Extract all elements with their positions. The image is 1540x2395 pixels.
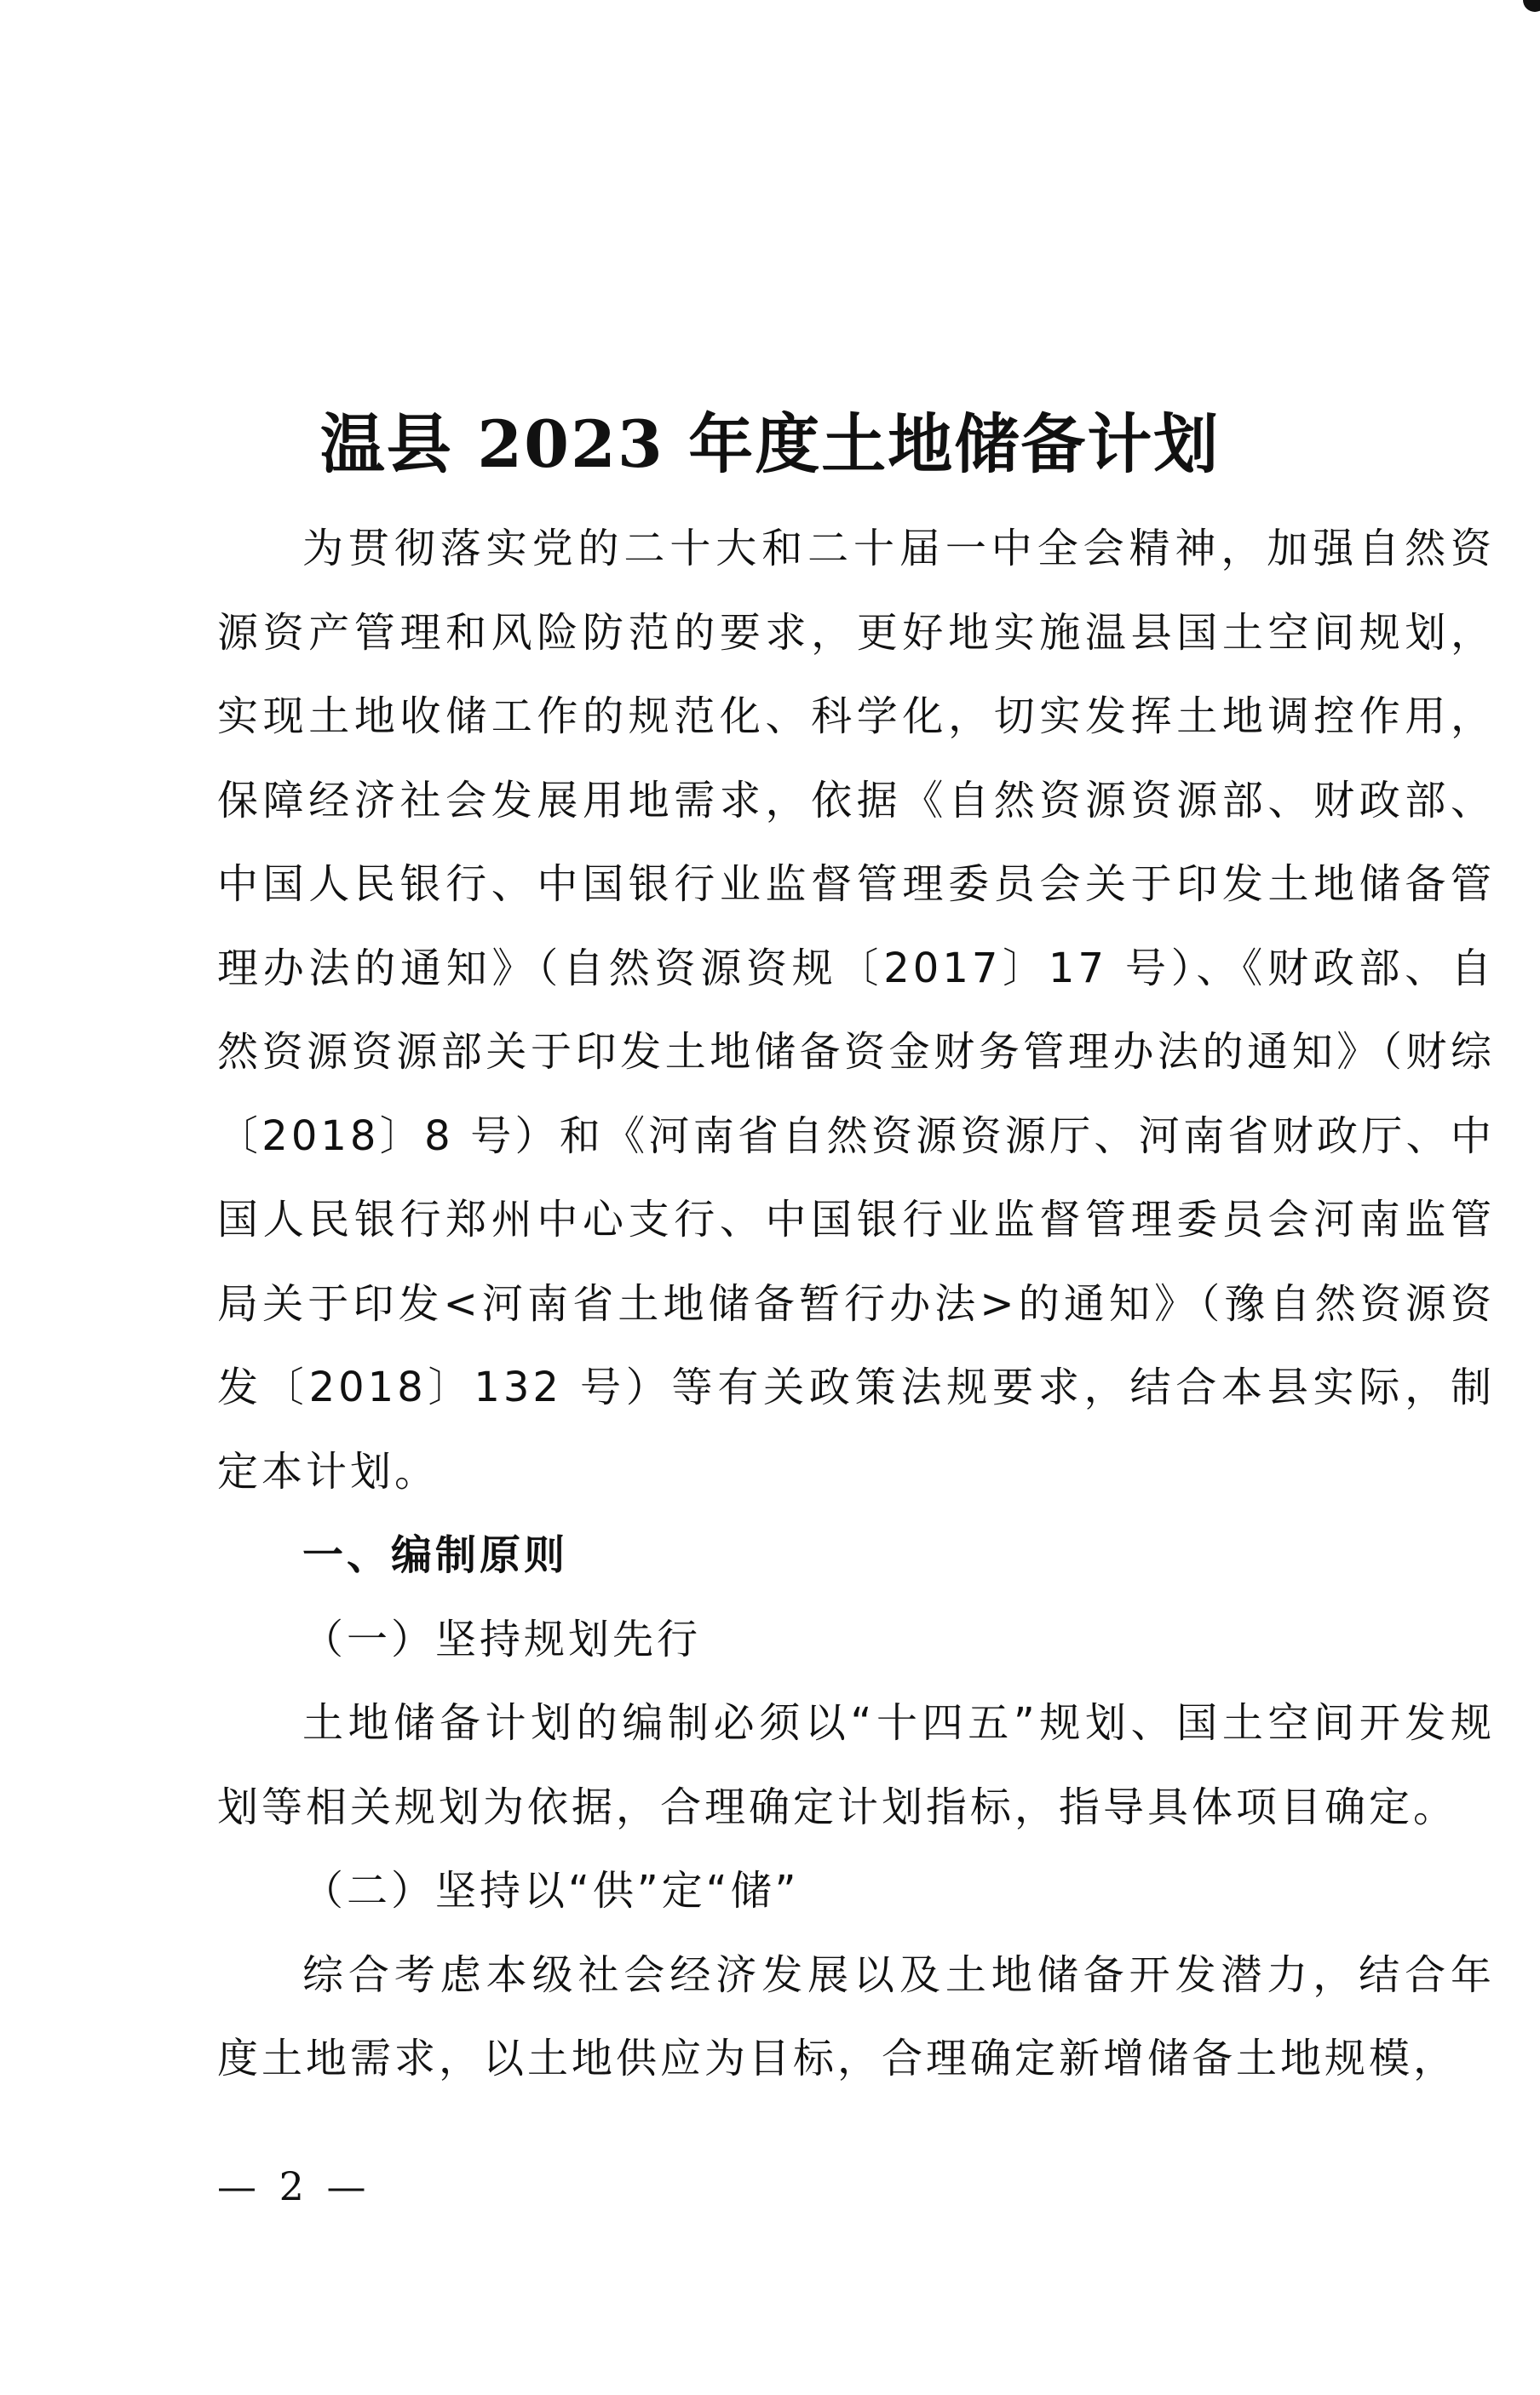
subsection-1: （一）坚持规划先行 土地储备计划的编制必须以“十四五”规划、国土空间开发规划等相… [217,1598,1495,1850]
intro-paragraph: 为贯彻落实党的二十大和二十届一中全会精神，加强自然资源资产管理和风险防范的要求，… [217,507,1495,1513]
scan-corner-mark [1523,0,1540,12]
section-heading: 一、编制原则 [217,1513,1495,1598]
page-number: — 2 — [217,2163,371,2209]
subsection-paragraph: 综合考虑本级社会经济发展以及土地储备开发潜力，结合年度土地需求，以土地供应为目标… [217,1933,1495,2101]
document-body: 为贯彻落实党的二十大和二十届一中全会精神，加强自然资源资产管理和风险防范的要求，… [217,507,1495,2101]
section-1: 一、编制原则 （一）坚持规划先行 土地储备计划的编制必须以“十四五”规划、国土空… [217,1513,1495,2101]
subsection-2: （二）坚持以“供”定“储” 综合考虑本级社会经济发展以及土地储备开发潜力，结合年… [217,1849,1495,2101]
subsection-heading: （二）坚持以“供”定“储” [217,1849,1495,1933]
document-title: 温县 2023 年度土地储备计划 [0,393,1540,485]
subsection-paragraph: 土地储备计划的编制必须以“十四五”规划、国土空间开发规划等相关规划为依据，合理确… [217,1681,1495,1849]
subsection-heading: （一）坚持规划先行 [217,1598,1495,1682]
